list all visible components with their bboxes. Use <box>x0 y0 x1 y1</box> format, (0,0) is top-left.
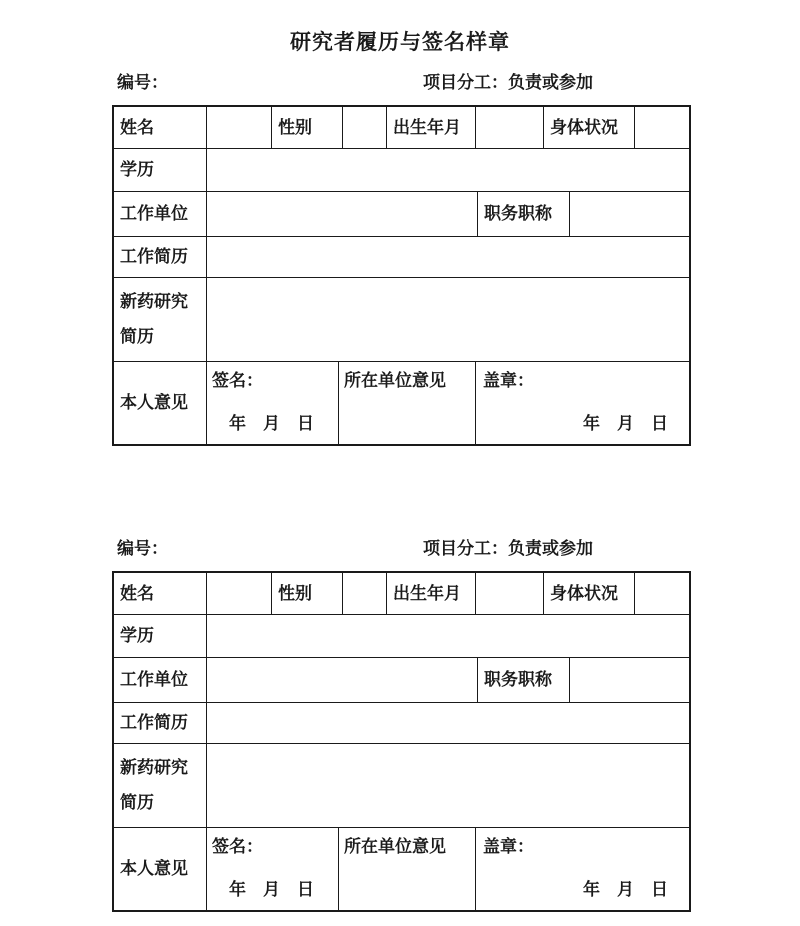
table-row: 本人意见 签名： 年 月 日 所在单位意见 盖章： 年 月 日 <box>114 827 689 910</box>
research-history-value-cell <box>206 278 689 361</box>
table-row: 姓名 性别 出生年月 身体状况 <box>114 107 689 148</box>
form-block-2: 编号： 项目分工：负责或参加 姓名 性别 出生年月 身体状况 学历 工作单位 <box>0 538 800 912</box>
name-label-cell: 姓名 <box>114 573 206 614</box>
work-history-value-cell <box>206 703 689 743</box>
signature-date-placeholder: 年 月 日 <box>229 879 314 901</box>
personal-opinion-label-cell: 本人意见 <box>114 362 206 444</box>
form-block-1: 编号： 项目分工：负责或参加 姓名 性别 出生年月 身体状况 学历 工作单位 <box>0 72 800 446</box>
work-unit-label-cell: 工作单位 <box>114 192 206 236</box>
gender-label-cell: 性别 <box>271 573 342 614</box>
table-row: 工作简历 <box>114 702 689 743</box>
research-history-label-cell: 新药研究 简历 <box>114 278 206 361</box>
birthdate-label-cell: 出生年月 <box>386 107 475 148</box>
research-history-label-line1: 新药研究 <box>120 757 188 779</box>
number-label: 编号： <box>117 539 168 558</box>
gender-label-cell: 性别 <box>271 107 342 148</box>
job-title-value-cell <box>569 658 689 702</box>
education-label-cell: 学历 <box>114 615 206 657</box>
education-value-cell <box>206 149 689 191</box>
health-value-cell <box>634 573 689 614</box>
resume-table-1: 姓名 性别 出生年月 身体状况 学历 工作单位 职务职称 工作简历 <box>112 105 691 446</box>
education-value-cell <box>206 615 689 657</box>
work-history-label-cell: 工作简历 <box>114 237 206 277</box>
signature-label: 签名： <box>212 836 263 858</box>
signature-cell: 签名： 年 月 日 <box>206 828 338 910</box>
job-title-value-cell <box>569 192 689 236</box>
name-value-cell <box>206 573 271 614</box>
resume-table-2: 姓名 性别 出生年月 身体状况 学历 工作单位 职务职称 工作简历 <box>112 571 691 912</box>
name-label-cell: 姓名 <box>114 107 206 148</box>
table-row: 新药研究 简历 <box>114 743 689 827</box>
signature-cell: 签名： 年 月 日 <box>206 362 338 444</box>
personal-opinion-label-cell: 本人意见 <box>114 828 206 910</box>
number-label: 编号： <box>117 73 168 92</box>
meta-row-2: 编号： 项目分工：负责或参加 <box>117 538 692 560</box>
job-title-label-cell: 职务职称 <box>477 658 569 702</box>
birthdate-label-cell: 出生年月 <box>386 573 475 614</box>
seal-date-placeholder: 年 月 日 <box>583 413 689 435</box>
health-value-cell <box>634 107 689 148</box>
table-row: 学历 <box>114 614 689 657</box>
table-row: 学历 <box>114 148 689 191</box>
seal-label: 盖章： <box>483 370 689 392</box>
table-row: 新药研究 简历 <box>114 277 689 361</box>
birthdate-value-cell <box>475 573 543 614</box>
table-row: 工作单位 职务职称 <box>114 191 689 236</box>
signature-label: 签名： <box>212 370 263 392</box>
unit-opinion-cell: 所在单位意见 <box>338 362 475 444</box>
document-title: 研究者履历与签名样章 <box>0 30 800 55</box>
birthdate-value-cell <box>475 107 543 148</box>
work-unit-value-cell <box>206 658 477 702</box>
research-history-label-line2: 简历 <box>120 326 154 348</box>
research-history-label-line2: 简历 <box>120 792 154 814</box>
health-label-cell: 身体状况 <box>543 573 634 614</box>
table-row: 本人意见 签名： 年 月 日 所在单位意见 盖章： 年 月 日 <box>114 361 689 444</box>
document-page: 研究者履历与签名样章 编号： 项目分工：负责或参加 姓名 性别 出生年月 身体状… <box>0 30 800 912</box>
research-history-label-line1: 新药研究 <box>120 291 188 313</box>
work-unit-label-cell: 工作单位 <box>114 658 206 702</box>
project-division-label: 项目分工：负责或参加 <box>423 72 593 94</box>
seal-date-placeholder: 年 月 日 <box>583 879 689 901</box>
seal-label: 盖章： <box>483 836 689 858</box>
work-history-label-cell: 工作简历 <box>114 703 206 743</box>
meta-row-1: 编号： 项目分工：负责或参加 <box>117 72 692 94</box>
table-row: 姓名 性别 出生年月 身体状况 <box>114 573 689 614</box>
seal-cell: 盖章： 年 月 日 <box>475 362 689 444</box>
work-history-value-cell <box>206 237 689 277</box>
table-row: 工作简历 <box>114 236 689 277</box>
project-division-label: 项目分工：负责或参加 <box>423 538 593 560</box>
gender-value-cell <box>342 573 386 614</box>
health-label-cell: 身体状况 <box>543 107 634 148</box>
gender-value-cell <box>342 107 386 148</box>
work-unit-value-cell <box>206 192 477 236</box>
signature-date-placeholder: 年 月 日 <box>229 413 314 435</box>
seal-cell: 盖章： 年 月 日 <box>475 828 689 910</box>
unit-opinion-cell: 所在单位意见 <box>338 828 475 910</box>
table-row: 工作单位 职务职称 <box>114 657 689 702</box>
research-history-label-cell: 新药研究 简历 <box>114 744 206 827</box>
research-history-value-cell <box>206 744 689 827</box>
job-title-label-cell: 职务职称 <box>477 192 569 236</box>
education-label-cell: 学历 <box>114 149 206 191</box>
name-value-cell <box>206 107 271 148</box>
